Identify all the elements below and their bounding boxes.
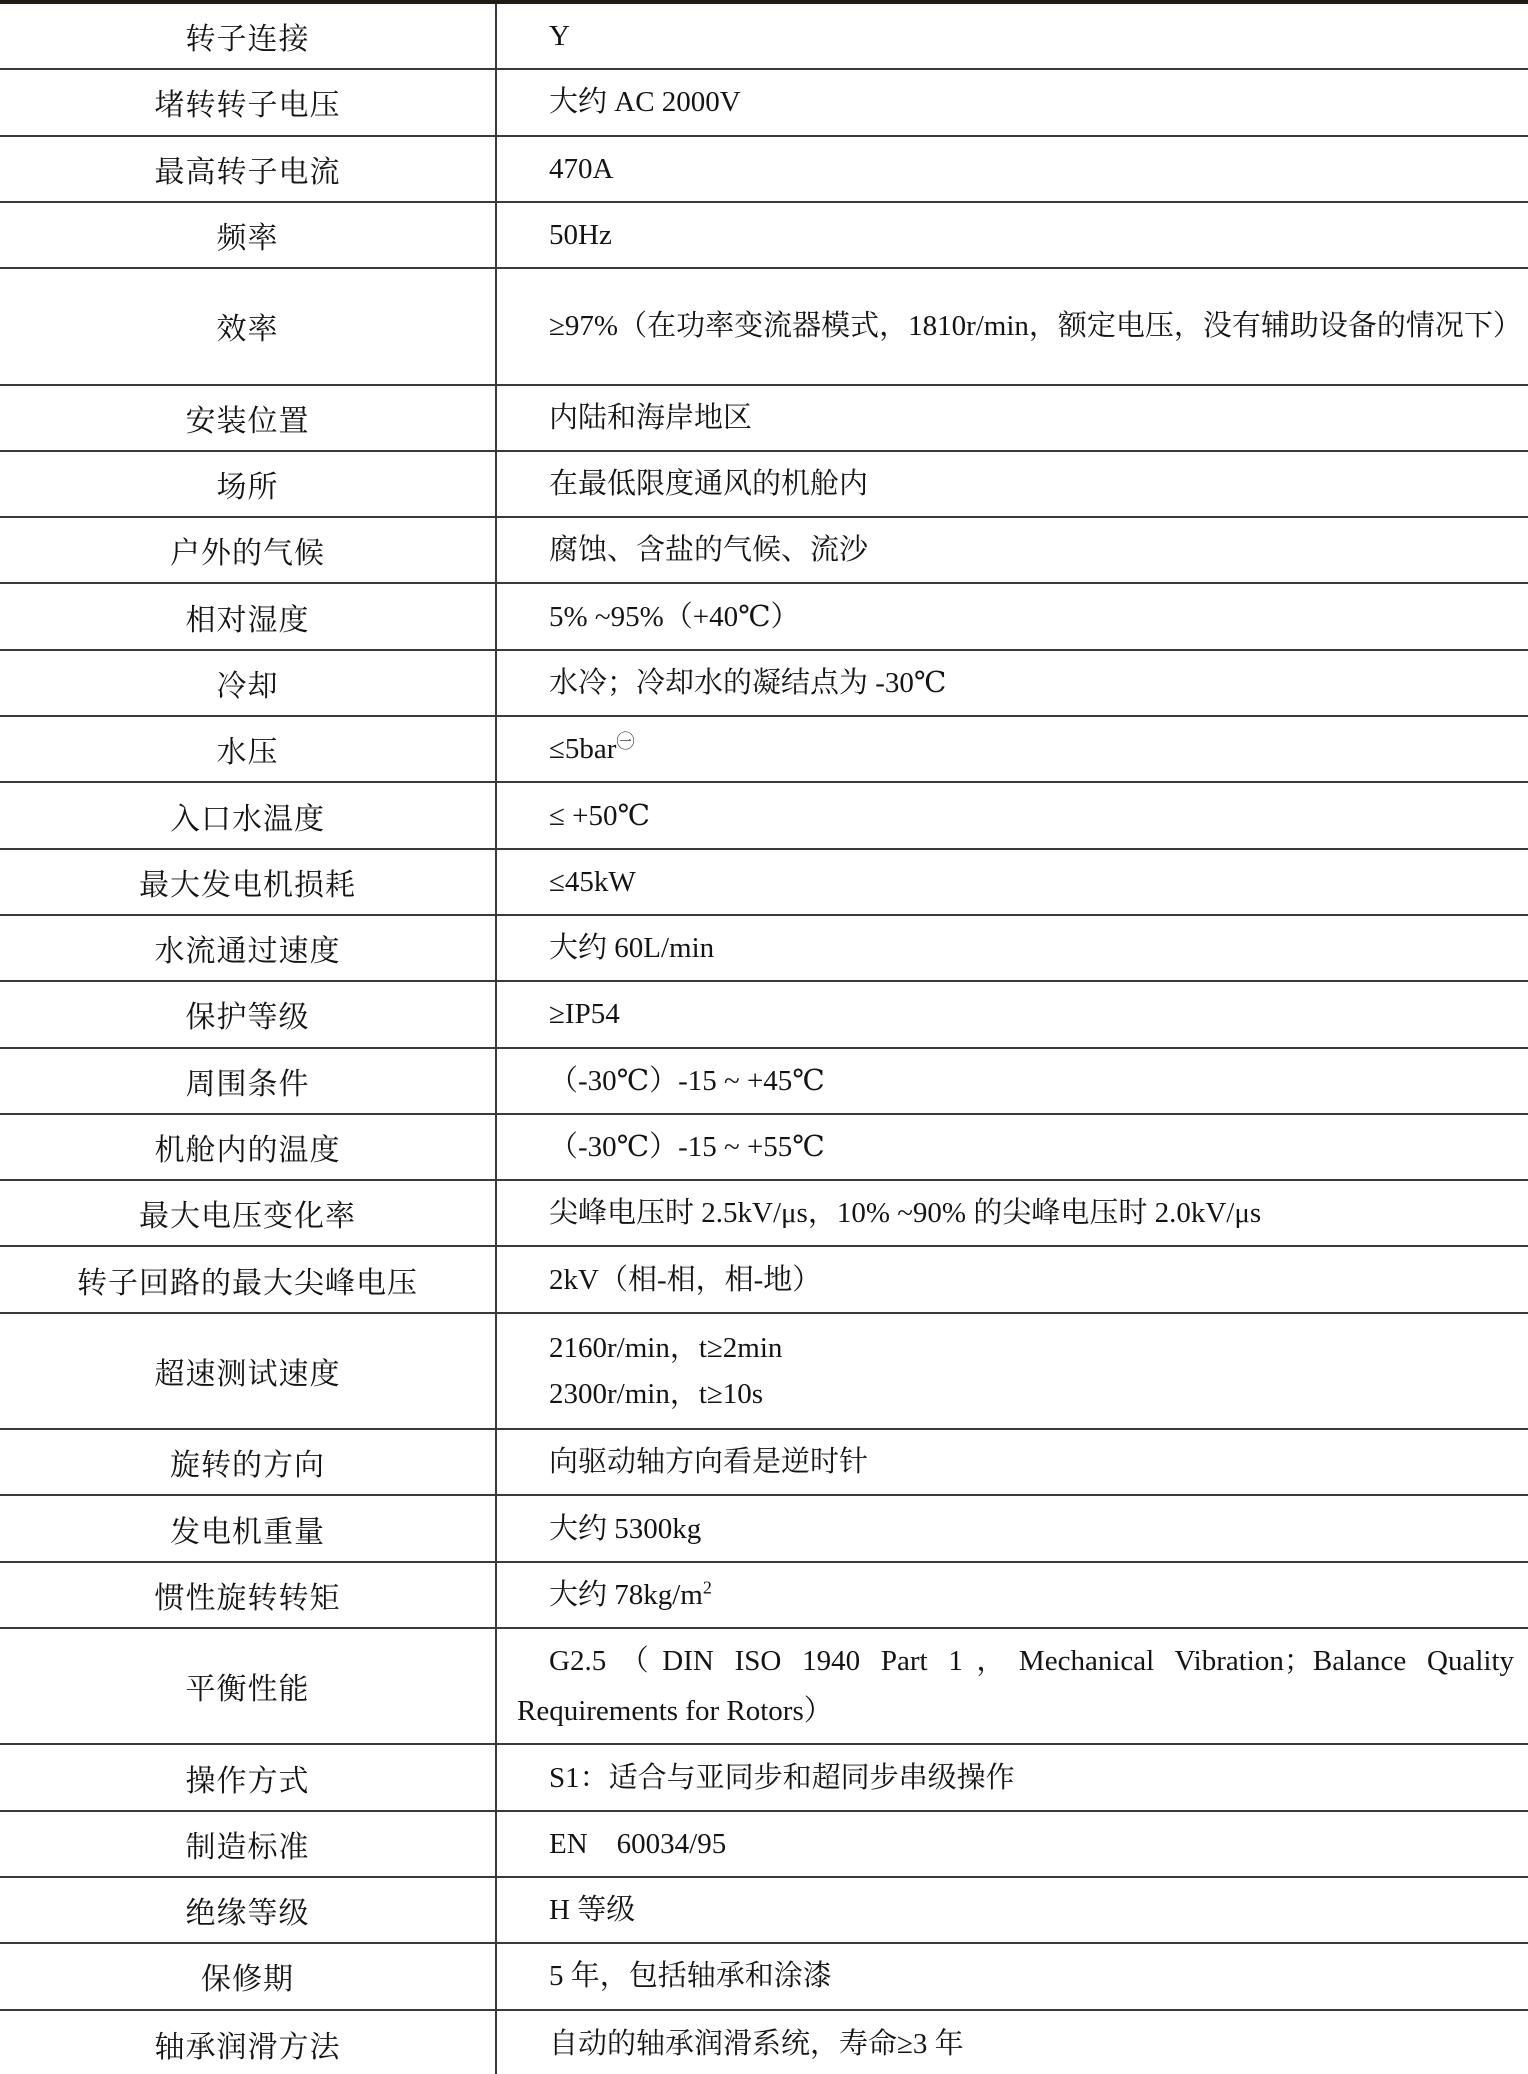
row-value: 腐蚀、含盐的气候、流沙: [517, 525, 1514, 575]
row-value: G2.5（DIN ISO 1940 Part 1，Mechanical Vibr…: [517, 1636, 1514, 1736]
table-row: 最大发电机损耗≤45kW: [0, 850, 1528, 916]
table-row: 平衡性能G2.5（DIN ISO 1940 Part 1，Mechanical …: [0, 1629, 1528, 1745]
table-row: 操作方式S1：适合与亚同步和超同步串级操作: [0, 1745, 1528, 1811]
table-row: 轴承润滑方法自动的轴承润滑系统，寿命≥3 年: [0, 2011, 1528, 2074]
table-row: 最高转子电流470A: [0, 137, 1528, 203]
row-value: （-30℃）-15 ~ +55℃: [517, 1122, 1514, 1172]
row-label: 频率: [0, 203, 497, 267]
row-value: ≥97%（在功率变流器模式，1810r/min，额定电压，没有辅助设备的情况下）: [517, 301, 1514, 351]
table-row: 转子回路的最大尖峰电压2kV（相-相，相-地）: [0, 1247, 1528, 1313]
row-label: 最大发电机损耗: [0, 850, 497, 914]
table-row: 频率50Hz: [0, 203, 1528, 269]
table-row: 绝缘等级H 等级: [0, 1878, 1528, 1944]
footnote-marker: ㊀: [616, 732, 634, 752]
row-label: 机舱内的温度: [0, 1115, 497, 1179]
row-label: 冷却: [0, 651, 497, 715]
table-row: 效率≥97%（在功率变流器模式，1810r/min，额定电压，没有辅助设备的情况…: [0, 269, 1528, 385]
row-value: （-30℃）-15 ~ +45℃: [517, 1056, 1514, 1106]
row-value: ≤5bar: [549, 733, 616, 765]
row-label: 堵转转子电压: [0, 70, 497, 134]
row-value: ≥IP54: [517, 989, 1514, 1039]
row-label: 水流通过速度: [0, 916, 497, 980]
row-label: 户外的气候: [0, 518, 497, 582]
row-label: 保护等级: [0, 982, 497, 1046]
spec-table: 转子连接Y 堵转转子电压大约 AC 2000V 最高转子电流470A 频率50H…: [0, 0, 1528, 2074]
row-label: 转子回路的最大尖峰电压: [0, 1247, 497, 1311]
row-label: 平衡性能: [0, 1629, 497, 1743]
table-row: 水流通过速度大约 60L/min: [0, 916, 1528, 982]
row-label: 相对湿度: [0, 584, 497, 648]
row-label: 最大电压变化率: [0, 1181, 497, 1245]
row-label: 轴承润滑方法: [0, 2011, 497, 2074]
row-value: 2kV（相-相，相-地）: [517, 1255, 1514, 1305]
row-label: 发电机重量: [0, 1496, 497, 1560]
table-row: 最大电压变化率尖峰电压时 2.5kV/μs，10% ~90% 的尖峰电压时 2.…: [0, 1181, 1528, 1247]
row-value: 大约 AC 2000V: [517, 77, 1514, 127]
table-row: 转子连接Y: [0, 4, 1528, 70]
table-row: 旋转的方向向驱动轴方向看是逆时针: [0, 1430, 1528, 1496]
row-value: 水冷；冷却水的凝结点为 -30℃: [517, 658, 1514, 708]
row-value: EN 60034/95: [517, 1819, 1514, 1869]
table-row: 保修期5 年，包括轴承和涂漆: [0, 1944, 1528, 2010]
table-row: 户外的气候腐蚀、含盐的气候、流沙: [0, 518, 1528, 584]
row-value-line-2: 2300r/min，t≥10s: [517, 1371, 1514, 1417]
row-label: 入口水温度: [0, 783, 497, 847]
row-value: 内陆和海岸地区: [517, 393, 1514, 443]
row-value: 50Hz: [517, 210, 1514, 260]
row-value-line-1: 2160r/min，t≥2min: [517, 1325, 1514, 1371]
row-label: 转子连接: [0, 4, 497, 68]
row-value: ≤45kW: [517, 857, 1514, 907]
row-value: Y: [517, 11, 1514, 61]
row-value: 尖峰电压时 2.5kV/μs，10% ~90% 的尖峰电压时 2.0kV/μs: [517, 1188, 1514, 1238]
row-value: 5% ~95%（+40℃）: [517, 592, 1514, 642]
table-row: 保护等级≥IP54: [0, 982, 1528, 1048]
row-label: 效率: [0, 269, 497, 383]
row-value: 在最低限度通风的机舱内: [517, 459, 1514, 509]
row-label: 惯性旋转转矩: [0, 1563, 497, 1627]
table-row: 惯性旋转转矩大约 78kg/m2: [0, 1563, 1528, 1629]
row-value: 自动的轴承润滑系统，寿命≥3 年: [517, 2019, 1514, 2069]
row-label: 周围条件: [0, 1049, 497, 1113]
table-row: 安装位置内陆和海岸地区: [0, 386, 1528, 452]
row-value: S1：适合与亚同步和超同步串级操作: [517, 1753, 1514, 1803]
row-value: H 等级: [517, 1885, 1514, 1935]
row-value: 大约 60L/min: [517, 923, 1514, 973]
row-label: 最高转子电流: [0, 137, 497, 201]
row-value: 470A: [517, 144, 1514, 194]
row-value: 5 年，包括轴承和涂漆: [517, 1951, 1514, 2001]
table-row: 周围条件（-30℃）-15 ~ +45℃: [0, 1049, 1528, 1115]
row-label: 超速测试速度: [0, 1314, 497, 1428]
row-label: 保修期: [0, 1944, 497, 2008]
row-label: 水压: [0, 717, 497, 781]
table-row: 入口水温度≤ +50℃: [0, 783, 1528, 849]
row-value: 大约 5300kg: [517, 1504, 1514, 1554]
superscript: 2: [703, 1577, 712, 1597]
row-value: ≤ +50℃: [517, 791, 1514, 841]
row-label: 安装位置: [0, 386, 497, 450]
table-row: 相对湿度5% ~95%（+40℃）: [0, 584, 1528, 650]
row-label: 旋转的方向: [0, 1430, 497, 1494]
row-label: 操作方式: [0, 1745, 497, 1809]
table-row: 冷却水冷；冷却水的凝结点为 -30℃: [0, 651, 1528, 717]
row-value: 大约 78kg/m: [549, 1579, 703, 1611]
row-label: 制造标准: [0, 1812, 497, 1876]
table-row: 水压≤5bar㊀: [0, 717, 1528, 783]
row-label: 绝缘等级: [0, 1878, 497, 1942]
table-row: 发电机重量大约 5300kg: [0, 1496, 1528, 1562]
table-row: 场所在最低限度通风的机舱内: [0, 452, 1528, 518]
row-label: 场所: [0, 452, 497, 516]
table-row: 堵转转子电压大约 AC 2000V: [0, 70, 1528, 136]
table-row: 机舱内的温度（-30℃）-15 ~ +55℃: [0, 1115, 1528, 1181]
table-row: 超速测试速度2160r/min，t≥2min2300r/min，t≥10s: [0, 1314, 1528, 1430]
table-row: 制造标准EN 60034/95: [0, 1812, 1528, 1878]
row-value: 向驱动轴方向看是逆时针: [517, 1437, 1514, 1487]
